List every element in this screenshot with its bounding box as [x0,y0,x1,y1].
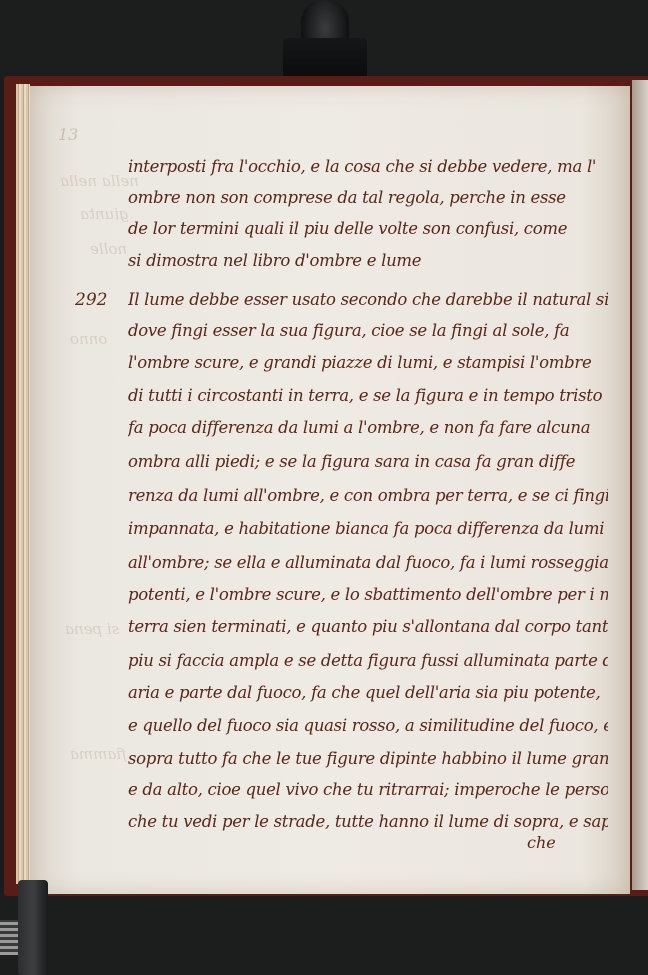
text-line: impannata, e habitatione bianca fa poca … [128,519,608,538]
text-line: potenti, e l'ombre scure, e lo sbattimen… [128,585,608,604]
text-line: aria e parte dal fuoco, fa che quel dell… [128,683,608,702]
bleed-through-text: fiamma [70,745,126,763]
text-line: ombre non son comprese da tal regola, pe… [128,188,608,207]
page-edges [16,84,30,884]
text-line: terra sien terminati, e quanto piu s'all… [128,617,608,636]
text-line: ombra alli piedi; e se la figura sara in… [128,452,608,471]
margin-number: 292 [75,290,107,310]
bleed-through-text: giunta [80,205,129,223]
text-line: che tu vedi per le strade, tutte hanno i… [128,812,608,831]
text-line: e quello del fuoco sia quasi rosso, a si… [128,716,608,735]
text-line: Il lume debbe esser usato secondo che da… [128,290,608,309]
text-line: renza da lumi all'ombre, e con ombra per… [128,486,608,505]
text-line: e da alto, cioe quel vivo che tu ritrarr… [128,780,608,799]
text-line: fa poca differenza da lumi a l'ombre, e … [128,418,608,437]
bleed-through-text: nolle [90,240,127,258]
clamp-chain [0,920,18,955]
text-line: sopra tutto fa che le tue figure dipinte… [128,749,608,768]
text-line: interposti fra l'occhio, e la cosa che s… [128,157,608,176]
facing-page-edge [632,80,648,890]
book-clamp-bottom [0,880,60,975]
text-line: di tutti i circostanti in terra, e se la… [128,386,608,405]
text-line: l'ombre scure, e grandi piazze di lumi, … [128,353,608,372]
text-line: si dimostra nel libro d'ombre e lume [128,251,608,270]
text-line: piu si faccia ampla e se detta figura fu… [128,651,608,670]
catchword: che [527,833,556,852]
text-line: de lor termini quali il piu delle volte … [128,219,608,238]
text-line: dove fingi esser la sua figura, cioe se … [128,321,608,340]
clamp-bar [18,880,48,975]
text-line: all'ombre; se ella e alluminata dal fuoc… [128,553,608,572]
bleed-through-text: onno [70,330,107,348]
folio-number: 13 [58,125,78,144]
bleed-through-text: si pena [65,620,119,638]
